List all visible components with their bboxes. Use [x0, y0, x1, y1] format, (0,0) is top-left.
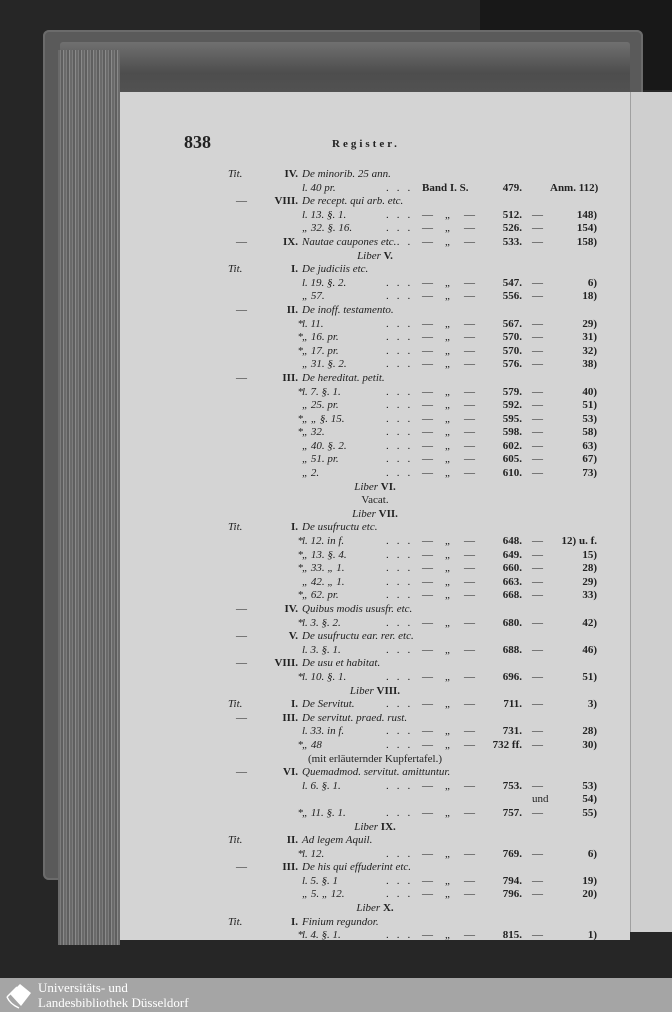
title-number: I. [256, 916, 298, 930]
dash: — [464, 549, 475, 563]
note-ref: 54) [550, 793, 597, 807]
note-ref: 51) [550, 671, 597, 685]
page-ref: 567. [482, 318, 522, 332]
note-ref: 158) [550, 236, 597, 250]
page-ref: 592. [482, 399, 522, 413]
leader-dots: ... [386, 277, 418, 291]
page-ref: 815. [482, 929, 522, 943]
title-name: De minorib. 25 ann. [302, 168, 391, 182]
law-ref: l. 6. §. 1. [302, 780, 341, 794]
dash: — [532, 290, 543, 304]
page-edges [58, 50, 120, 945]
page-ref: 556. [482, 290, 522, 304]
note-ref: 148) [550, 209, 597, 223]
dash: — [464, 222, 475, 236]
dash: — [422, 535, 433, 549]
law-ref: „ 32. [302, 426, 325, 440]
law-ref: l. 3. §. 2. [302, 617, 341, 631]
dash: — [422, 399, 433, 413]
dash: — [422, 562, 433, 576]
law-entry: *„ 11. §. 1....—„—757.—55) [120, 807, 630, 821]
note-ref: 154) [550, 222, 597, 236]
ditto-mark: „ [445, 535, 450, 549]
dash: — [532, 358, 543, 372]
ditto-mark: „ [445, 644, 450, 658]
page-ref: 547. [482, 277, 522, 291]
law-entry: „ 31. §. 2....—„—576.—38) [120, 358, 630, 372]
title-name: De hereditat. petit. [302, 372, 385, 386]
law-ref: „ 48 [302, 739, 322, 753]
note-ref: 55) [550, 807, 597, 821]
dash: — [532, 236, 543, 250]
title-entry: —III. De servitut. praed. rust. [120, 712, 630, 726]
title-number: III. [256, 372, 298, 386]
leader-dots: ... [386, 576, 418, 590]
law-ref: „ 11. §. 1. [302, 807, 346, 821]
ditto-mark: „ [445, 929, 450, 943]
law-entry: *„ 48...—„—732 ff.—30) [120, 739, 630, 753]
dash: — [422, 725, 433, 739]
law-ref: „ 31. §. 2. [302, 358, 347, 372]
dash: — [422, 345, 433, 359]
law-ref: „ 5. „ 12. [302, 888, 345, 902]
ditto-mark: „ [445, 318, 450, 332]
dash: — [422, 589, 433, 603]
page-ref: 688. [482, 644, 522, 658]
leader-dots: ... [386, 331, 418, 345]
dash: — [532, 440, 543, 454]
note-ref: 67) [550, 453, 597, 467]
leader-dots: ... [386, 644, 418, 658]
title-name: Quibus modis ususfr. etc. [302, 603, 412, 617]
page-ref: 576. [482, 358, 522, 372]
dash: — [422, 386, 433, 400]
tit-label: Tit. [228, 263, 242, 277]
note-ref: 3) [550, 698, 597, 712]
leader-dots: ... [386, 345, 418, 359]
note-ref: 31) [550, 331, 597, 345]
law-entry: „ 25. pr....—„—592.—51) [120, 399, 630, 413]
title-name: De his qui effuderint etc. [302, 861, 411, 875]
dash: — [422, 426, 433, 440]
dash: — [236, 603, 247, 617]
note-ref: 53) [550, 413, 597, 427]
tit-label: Tit. [228, 834, 242, 848]
dash: — [532, 318, 543, 332]
leader-dots: ... [386, 589, 418, 603]
ditto-mark: „ [445, 413, 450, 427]
ditto-mark: „ [445, 698, 450, 712]
dash: — [532, 644, 543, 658]
title-entry: —III. De his qui effuderint etc. [120, 861, 630, 875]
title-number: V. [256, 630, 298, 644]
ditto-mark: „ [445, 780, 450, 794]
note-ref: 53) [550, 780, 597, 794]
note-ref: 29) [550, 318, 597, 332]
dash: — [422, 888, 433, 902]
liber-heading-text: Liber VI. [120, 481, 630, 495]
leader-dots: ... [386, 209, 418, 223]
library-name-line1: Universitäts- und [38, 980, 189, 995]
ditto-mark: „ [445, 848, 450, 862]
library-footer: Universitäts- und Landesbibliothek Düsse… [0, 978, 672, 1012]
law-entry: *„ 62. pr....—„—668.—33) [120, 589, 630, 603]
title-entry: Tit.I. De usufructu etc. [120, 521, 630, 535]
law-entry: l. 19. §. 2....—„—547.—6) [120, 277, 630, 291]
leader-dots: ... [386, 617, 418, 631]
note-ref: 46) [550, 644, 597, 658]
dash: — [532, 413, 543, 427]
dash: — [422, 358, 433, 372]
law-entry: *„ 13. §. 4....—„—649.—15) [120, 549, 630, 563]
note-ref: 18) [550, 290, 597, 304]
title-entry: Tit.I. De judiciis etc. [120, 263, 630, 277]
ditto-mark: „ [445, 386, 450, 400]
dash: — [422, 209, 433, 223]
title-number: IV. [256, 168, 298, 182]
dash: — [236, 195, 247, 209]
page-ref: 796. [482, 888, 522, 902]
law-ref: l. 4. §. 1. [302, 929, 341, 943]
title-number: VIII. [256, 657, 298, 671]
leader-dots: ... [386, 413, 418, 427]
note-ref: 73) [550, 467, 597, 481]
liber-heading-text: Liber V. [120, 250, 630, 264]
ulb-book-logo-icon [4, 980, 34, 1010]
title-number: VIII. [256, 195, 298, 209]
page-ref: 753. [482, 780, 522, 794]
dash: — [464, 345, 475, 359]
law-ref: „ 25. pr. [302, 399, 339, 413]
leader-dots: ... [386, 453, 418, 467]
law-ref: l. 33. in f. [302, 725, 344, 739]
dash: — [532, 345, 543, 359]
ditto-mark: „ [445, 399, 450, 413]
leader-dots: ... [386, 467, 418, 481]
law-ref: l. 11. [302, 318, 324, 332]
title-name: De inoff. testamento. [302, 304, 394, 318]
ditto-mark: „ [445, 453, 450, 467]
law-entry: l. 6. §. 1....—„—753.—53) [120, 780, 630, 794]
dash: — [464, 929, 475, 943]
law-ref: „ 40. §. 2. [302, 440, 347, 454]
dash: — [422, 549, 433, 563]
title-entry: —II. De inoff. testamento. [120, 304, 630, 318]
ditto-mark: „ [445, 576, 450, 590]
law-entry: l. 33. in f....—„—731.—28) [120, 725, 630, 739]
liber-heading-text: Liber VIII. [120, 685, 630, 699]
ditto-mark: „ [445, 331, 450, 345]
ditto-mark: „ [445, 440, 450, 454]
library-name-line2: Landesbibliothek Düsseldorf [38, 995, 189, 1010]
law-entry: „ 40. §. 2....—„—602.—63) [120, 440, 630, 454]
dash: — [532, 739, 543, 753]
leader-dots: ... [386, 725, 418, 739]
liber-heading-text: Liber X. [120, 902, 630, 916]
law-entry: l. 5. §. 1...—„—794.—19) [120, 875, 630, 889]
dash: — [422, 698, 433, 712]
leader-dots: ... [386, 698, 418, 712]
dash: — [532, 399, 543, 413]
law-entry: *„ 33. „ 1....—„—660.—28) [120, 562, 630, 576]
dash: — [532, 848, 543, 862]
leader-dots: ... [386, 562, 418, 576]
leader-dots: ... [386, 318, 418, 332]
law-entry: *l. 11....—„—567.—29) [120, 318, 630, 332]
ditto-mark: „ [445, 888, 450, 902]
leader-dots: ... [386, 671, 418, 685]
leader-dots: ... [386, 440, 418, 454]
page-ref: 711. [482, 698, 522, 712]
title-entry: —VIII. De usu et habitat. [120, 657, 630, 671]
note-ref: 28) [550, 725, 597, 739]
law-ref: l. 12. in f. [302, 535, 344, 549]
dash: — [532, 807, 543, 821]
page-ref: 533. [482, 236, 522, 250]
note-ref: 30) [550, 739, 597, 753]
leader-dots: ... [386, 549, 418, 563]
page-ref: 649. [482, 549, 522, 563]
dash: — [532, 209, 543, 223]
title-entry: —IV. Quibus modis ususfr. etc. [120, 603, 630, 617]
leader-dots: ... [386, 426, 418, 440]
dash: — [464, 888, 475, 902]
title-entry: Tit.II. Ad legem Aquil. [120, 834, 630, 848]
dash: — [236, 712, 247, 726]
dash: — [464, 617, 475, 631]
leader-dots: ... [386, 222, 418, 236]
title-entry: Tit.I. Finium regundor. [120, 916, 630, 930]
page-ref: 660. [482, 562, 522, 576]
running-head: Register. [332, 138, 400, 150]
note-ref: Anm. 112) [550, 182, 597, 196]
law-entry: „ 51. pr....—„—605.—67) [120, 453, 630, 467]
centered-note-text: (mit erläuternder Kupfertafel.) [120, 753, 630, 767]
title-entry: —VIII. De recept. qui arb. etc. [120, 195, 630, 209]
dash: — [464, 440, 475, 454]
dash: — [422, 318, 433, 332]
dash: — [532, 671, 543, 685]
dash: — [464, 698, 475, 712]
ditto-mark: „ [445, 807, 450, 821]
page-number: 838 [184, 132, 211, 153]
ditto-mark: „ [445, 358, 450, 372]
dash: — [532, 875, 543, 889]
dash: — [464, 535, 475, 549]
title-name: De usufructu ear. rer. etc. [302, 630, 414, 644]
dash: — [464, 331, 475, 345]
page-ref: 680. [482, 617, 522, 631]
centered-note: Vacat. [120, 494, 630, 508]
dash: — [422, 644, 433, 658]
ditto-mark: „ [445, 209, 450, 223]
law-ref: „ 32. §. 16. [302, 222, 352, 236]
book-page: 838 Register. Tit.IV. De minorib. 25 ann… [120, 92, 630, 940]
tit-label: Tit. [228, 916, 242, 930]
title-name: De recept. qui arb. etc. [302, 195, 403, 209]
dash: — [532, 277, 543, 291]
dash: — [236, 766, 247, 780]
dash: — [422, 290, 433, 304]
dash: — [422, 467, 433, 481]
page-ref: 579. [482, 386, 522, 400]
dash: — [532, 929, 543, 943]
dash: — [464, 576, 475, 590]
dash: — [464, 453, 475, 467]
note-ref: 58) [550, 426, 597, 440]
dash: — [532, 331, 543, 345]
law-ref: „ 17. pr. [302, 345, 339, 359]
dash: — [464, 875, 475, 889]
dash: — [532, 535, 543, 549]
title-entry: —VI. Quemadmod. servitut. amittuntur. [120, 766, 630, 780]
register-entries: Tit.IV. De minorib. 25 ann.l. 40 pr....B… [120, 168, 630, 943]
law-ref: „ 33. „ 1. [302, 562, 345, 576]
dash: — [532, 888, 543, 902]
page-ref: 769. [482, 848, 522, 862]
leader-dots: ... [386, 399, 418, 413]
leader-dots: ... [386, 807, 418, 821]
dash: — [464, 318, 475, 332]
page-ref: 757. [482, 807, 522, 821]
page-ref: 794. [482, 875, 522, 889]
dash: — [464, 386, 475, 400]
law-ref: l. 3. §. 1. [302, 644, 341, 658]
leader-dots: ... [386, 290, 418, 304]
dash: — [464, 671, 475, 685]
dash: — [532, 549, 543, 563]
dash: — [464, 644, 475, 658]
note-ref: 42) [550, 617, 597, 631]
law-ref: „ 51. pr. [302, 453, 339, 467]
dash: — [532, 386, 543, 400]
ditto-mark: „ [445, 345, 450, 359]
title-name: De judiciis etc. [302, 263, 368, 277]
dash: — [532, 426, 543, 440]
leader-dots: ... [386, 929, 418, 943]
title-name: De usu et habitat. [302, 657, 380, 671]
law-ref: l. 7. §. 1. [302, 386, 341, 400]
dash: — [422, 671, 433, 685]
note-ref: 20) [550, 888, 597, 902]
centered-note-text: Vacat. [120, 494, 630, 508]
law-entry: *„ 16. pr....—„—570.—31) [120, 331, 630, 345]
leader-dots: ... [386, 848, 418, 862]
title-number: III. [256, 712, 298, 726]
note-ref: 6) [550, 848, 597, 862]
law-entry: „ 32. §. 16....—„—526.—154) [120, 222, 630, 236]
title-number: II. [256, 834, 298, 848]
liber-heading-text: Liber IX. [120, 821, 630, 835]
law-entry: „ 5. „ 12....—„—796.—20) [120, 888, 630, 902]
ditto-mark: „ [445, 875, 450, 889]
leader-dots: ... [386, 182, 418, 196]
leader-dots: ... [386, 236, 418, 250]
dash: — [422, 739, 433, 753]
law-entry: *l. 4. §. 1....—„—815.—1) [120, 929, 630, 943]
dash: — [422, 576, 433, 590]
dash: — [422, 929, 433, 943]
dash: — [464, 562, 475, 576]
ditto-mark: „ [445, 562, 450, 576]
page-ref: 732 ff. [482, 739, 522, 753]
dash: — [422, 277, 433, 291]
title-entry: —IX. Nautae caupones etc....—„—533.—158) [120, 236, 630, 250]
title-entry: —III. De hereditat. petit. [120, 372, 630, 386]
law-ref: l. 10. §. 1. [302, 671, 346, 685]
page-ref: 526. [482, 222, 522, 236]
law-ref: „ „ §. 15. [302, 413, 345, 427]
dash: — [532, 562, 543, 576]
title-entry: Tit.IV. De minorib. 25 ann. [120, 168, 630, 182]
note-ref: 40) [550, 386, 597, 400]
page-ref: 602. [482, 440, 522, 454]
leader-dots: ... [386, 358, 418, 372]
page-ref: 610. [482, 467, 522, 481]
und-entry: und54) [120, 793, 630, 807]
law-ref: „ 57. [302, 290, 325, 304]
facing-page-edge [630, 92, 672, 932]
dash: — [464, 209, 475, 223]
page-ref: 648. [482, 535, 522, 549]
dash: — [236, 630, 247, 644]
law-entry: *„ „ §. 15....—„—595.—53) [120, 413, 630, 427]
note-ref: 33) [550, 589, 597, 603]
dash: — [464, 780, 475, 794]
note-ref: 6) [550, 277, 597, 291]
page-ref: 512. [482, 209, 522, 223]
page-ref: 663. [482, 576, 522, 590]
title-entry: Tit.I. De Servitut....—„—711.—3) [120, 698, 630, 712]
note-ref: 19) [550, 875, 597, 889]
title-name: De usufructu etc. [302, 521, 377, 535]
liber-heading-text: Liber VII. [120, 508, 630, 522]
dash: — [532, 589, 543, 603]
dash: — [464, 848, 475, 862]
dash: — [422, 440, 433, 454]
law-ref: l. 12. [302, 848, 324, 862]
law-entry: *„ 17. pr....—„—570.—32) [120, 345, 630, 359]
dash: — [532, 453, 543, 467]
law-entry: l. 40 pr....Band I. S.479.Anm. 112) [120, 182, 630, 196]
title-number: III. [256, 861, 298, 875]
ditto-mark: „ [445, 671, 450, 685]
dash: — [236, 372, 247, 386]
law-entry: „ 57....—„—556.—18) [120, 290, 630, 304]
dash: — [464, 413, 475, 427]
tit-label: Tit. [228, 521, 242, 535]
dash: — [464, 467, 475, 481]
dash: — [422, 807, 433, 821]
dash: — [464, 290, 475, 304]
dash: — [236, 657, 247, 671]
law-entry: „ 42. „ 1....—„—663.—29) [120, 576, 630, 590]
law-entry: *l. 3. §. 2....—„—680.—42) [120, 617, 630, 631]
tit-label: Tit. [228, 168, 242, 182]
title-name: De Servitut. [302, 698, 355, 712]
law-ref: l. 40 pr. [302, 182, 336, 196]
library-name: Universitäts- und Landesbibliothek Düsse… [38, 980, 189, 1010]
note-ref: 51) [550, 399, 597, 413]
law-entry: *l. 10. §. 1....—„—696.—51) [120, 671, 630, 685]
title-name: Nautae caupones etc. [302, 236, 396, 250]
page-ref: 668. [482, 589, 522, 603]
law-ref: l. 5. §. 1 [302, 875, 338, 889]
centered-note: (mit erläuternder Kupfertafel.) [120, 753, 630, 767]
liber-heading: Liber X. [120, 902, 630, 916]
book-top-edge [60, 42, 630, 94]
law-entry: *„ 32....—„—598.—58) [120, 426, 630, 440]
